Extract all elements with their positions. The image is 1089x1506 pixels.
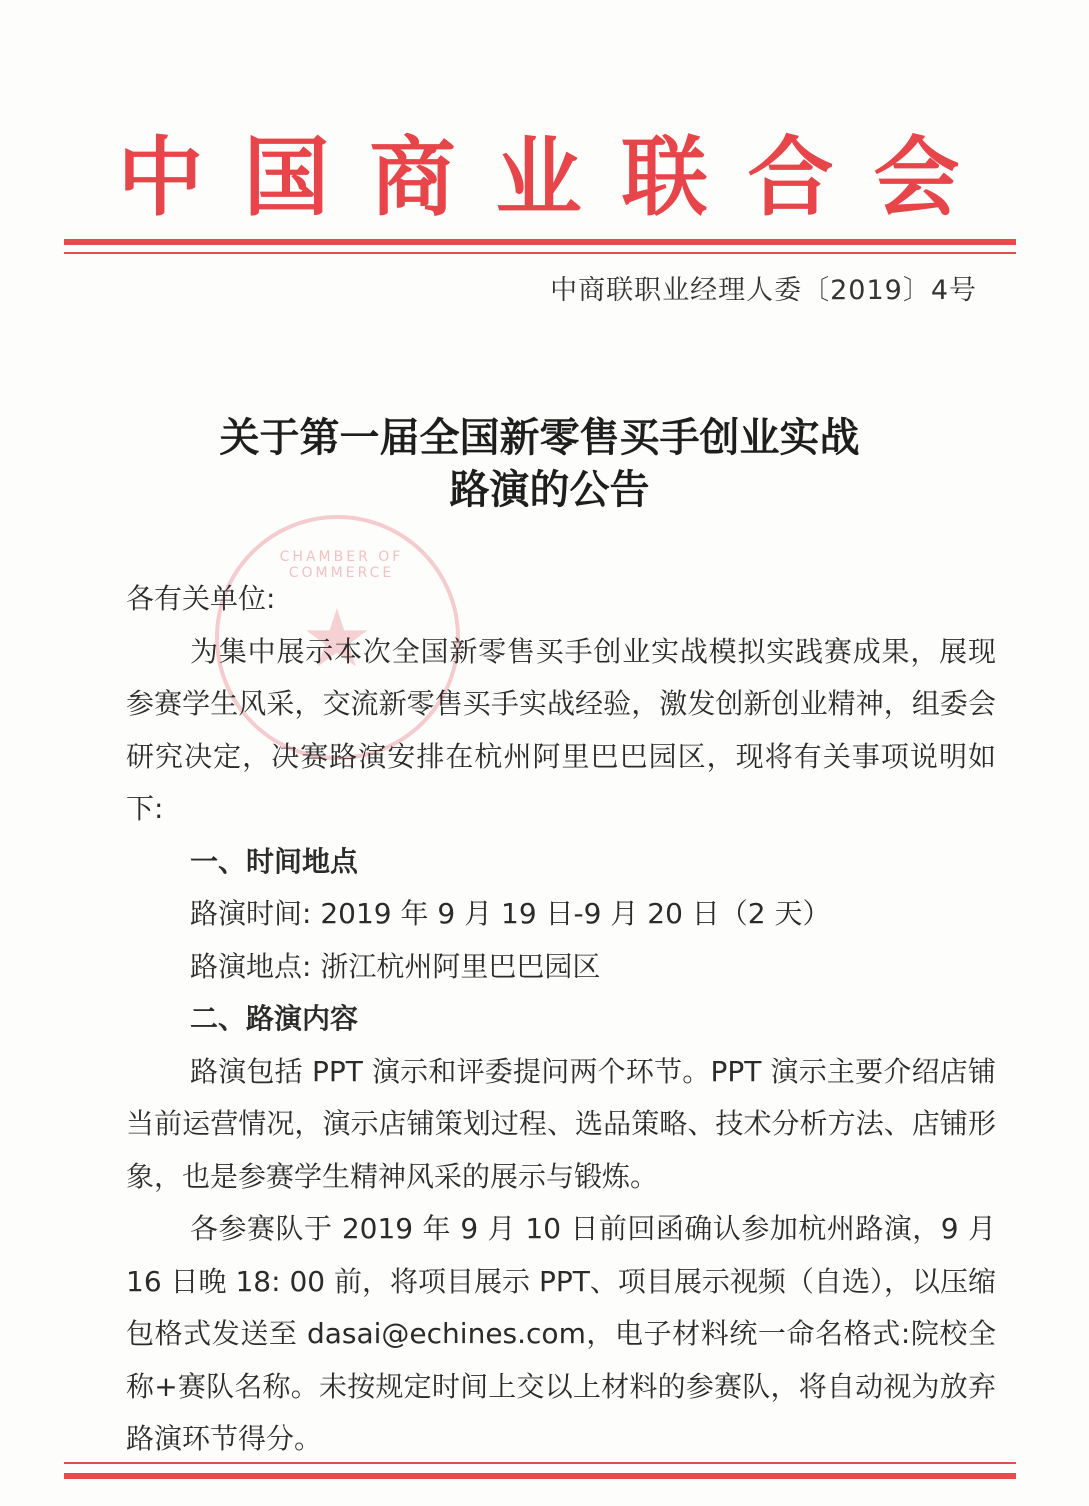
footer-rule-thin xyxy=(64,1462,1016,1464)
content-paragraph-1: 路演包括 PPT 演示和评委提问两个环节。PPT 演示主要介绍店铺当前运营情况，… xyxy=(126,1046,996,1204)
intro-paragraph: 为集中展示本次全国新零售买手创业实战模拟实践赛成果，展现参赛学生风采，交流新零售… xyxy=(126,626,996,836)
header-rule-thin xyxy=(64,252,1016,254)
roadshow-time: 路演时间: 2019 年 9 月 19 日-9 月 20 日（2 天） xyxy=(126,888,996,941)
document-number: 中商联职业经理人委〔2019〕4号 xyxy=(550,268,977,307)
title-line-1: 关于第一届全国新零售买手创业实战 xyxy=(0,412,1089,464)
title-line-2: 路演的公告 xyxy=(0,464,1089,516)
document-title: 关于第一届全国新零售买手创业实战 路演的公告 xyxy=(0,412,1089,516)
section-heading-content: 二、路演内容 xyxy=(126,993,996,1046)
salutation: 各有关单位: xyxy=(126,573,996,626)
document-body: 各有关单位: 为集中展示本次全国新零售买手创业实战模拟实践赛成果，展现参赛学生风… xyxy=(126,573,996,1466)
header-rule-thick xyxy=(64,239,1016,245)
roadshow-place: 路演地点: 浙江杭州阿里巴巴园区 xyxy=(126,941,996,994)
section-heading-time-place: 一、时间地点 xyxy=(126,836,996,889)
footer-rule-thick xyxy=(64,1473,1016,1479)
org-masthead: 中国商业联合会 xyxy=(0,128,1089,228)
content-paragraph-2: 各参赛队于 2019 年 9 月 10 日前回函确认参加杭州路演，9 月 16 … xyxy=(126,1203,996,1466)
